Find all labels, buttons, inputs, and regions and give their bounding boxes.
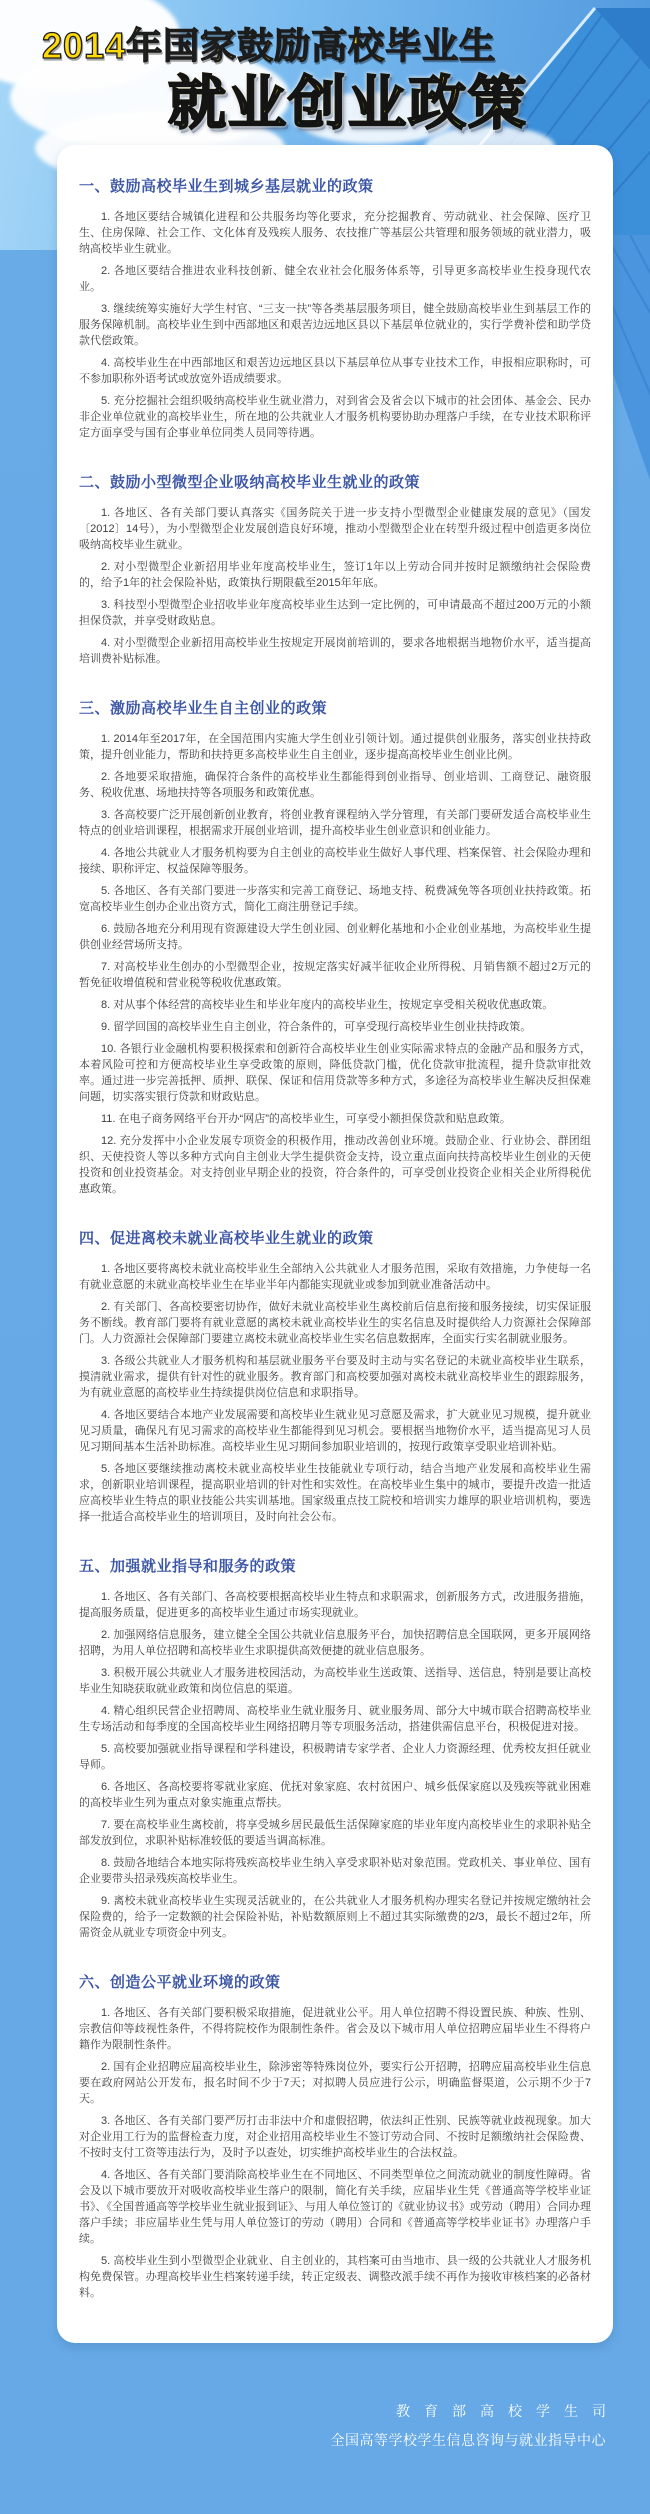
policy-section: 四、促进离校未就业高校毕业生就业的政策 1. 各地区要将离校未就业高校毕业生全部…: [79, 1227, 591, 1525]
policy-item: 3. 各高校要广泛开展创新创业教育，将创业教育课程纳入学分管理，有关部门要研发适…: [79, 807, 591, 839]
policy-item: 4. 各地区、各有关部门要消除高校毕业生在不同地区、不同类型单位之间流动就业的制…: [79, 2167, 591, 2247]
policy-item: 5. 高校毕业生到小型微型企业就业、自主创业的，其档案可由当地市、县一级的公共就…: [79, 2253, 591, 2301]
policy-item: 6. 鼓励各地充分利用现有资源建设大学生创业园、创业孵化基地和小企业创业基地，为…: [79, 921, 591, 953]
policy-item: 5. 各地区要继续推动离校未就业高校毕业生技能就业专项行动，结合当地产业发展和高…: [79, 1461, 591, 1525]
policy-item: 8. 鼓励各地结合本地实际将残疾高校毕业生纳入享受求职补贴对象范围。党政机关、事…: [79, 1855, 591, 1887]
policy-section: 五、加强就业指导和服务的政策 1. 各地区、各有关部门、各高校要根据高校毕业生特…: [79, 1555, 591, 1941]
section-title: 四、促进离校未就业高校毕业生就业的政策: [79, 1227, 591, 1248]
section-title: 二、鼓励小型微型企业吸纳高校毕业生就业的政策: [79, 471, 591, 492]
policy-section: 一、鼓励高校毕业生到城乡基层就业的政策 1. 各地区要结合城镇化进程和公共服务均…: [79, 175, 591, 441]
policy-item: 4. 对小型微型企业新招用高校毕业生按规定开展岗前培训的，要求各地根据当地物价水…: [79, 635, 591, 667]
section-items: 1. 各地区、各有关部门要认真落实《国务院关于进一步支持小型微型企业健康发展的意…: [79, 505, 591, 667]
policy-item: 1. 各地区、各有关部门要积极采取措施，促进就业公平。用人单位招聘不得设置民族、…: [79, 2005, 591, 2053]
policy-item: 2. 加强网络信息服务，建立健全全国公共就业信息服务平台，加快招聘信息全国联网，…: [79, 1627, 591, 1659]
policy-item: 6. 各地区、各高校要将零就业家庭、优抚对象家庭、农村贫困户、城乡低保家庭以及残…: [79, 1779, 591, 1811]
section-title: 一、鼓励高校毕业生到城乡基层就业的政策: [79, 175, 591, 196]
policy-section: 六、创造公平就业环境的政策 1. 各地区、各有关部门要积极采取措施，促进就业公平…: [79, 1971, 591, 2301]
policy-item: 7. 对高校毕业生创办的小型微型企业，按规定落实好减半征收企业所得税、月销售额不…: [79, 959, 591, 991]
policy-item: 1. 各地区、各有关部门、各高校要根据高校毕业生特点和求职需求，创新服务方式，改…: [79, 1589, 591, 1621]
policy-item: 2. 国有企业招聘应届高校毕业生，除涉密等特殊岗位外，要实行公开招聘，招聘应届高…: [79, 2059, 591, 2107]
footer: 教育部高校学生司 全国高等学校学生信息咨询与就业指导中心: [0, 2401, 606, 2514]
policy-item: 1. 各地区要结合城镇化进程和公共服务均等化要求，充分挖掘教育、劳动就业、社会保…: [79, 209, 591, 257]
section-items: 1. 各地区要结合城镇化进程和公共服务均等化要求，充分挖掘教育、劳动就业、社会保…: [79, 209, 591, 441]
section-items: 1. 2014年至2017年，在全国范围内实施大学生创业引领计划。通过提供创业服…: [79, 731, 591, 1197]
policy-item: 9. 离校未就业高校毕业生实现灵活就业的，在公共就业人才服务机构办理实名登记并按…: [79, 1893, 591, 1941]
policy-item: 5. 高校要加强就业指导课程和学科建设，积极聘请专家学者、企业人力资源经理、优秀…: [79, 1741, 591, 1773]
policy-item: 12. 充分发挥中小企业发展专项资金的积极作用，推动改善创业环境。鼓励企业、行业…: [79, 1133, 591, 1197]
policy-card: 一、鼓励高校毕业生到城乡基层就业的政策 1. 各地区要结合城镇化进程和公共服务均…: [57, 145, 613, 2343]
policy-section: 二、鼓励小型微型企业吸纳高校毕业生就业的政策 1. 各地区、各有关部门要认真落实…: [79, 471, 591, 667]
policy-item: 1. 各地区、各有关部门要认真落实《国务院关于进一步支持小型微型企业健康发展的意…: [79, 505, 591, 553]
policy-item: 3. 各级公共就业人才服务机构和基层就业服务平台要及时主动与实名登记的未就业高校…: [79, 1353, 591, 1401]
section-items: 1. 各地区、各有关部门、各高校要根据高校毕业生特点和求职需求，创新服务方式，改…: [79, 1589, 591, 1941]
policy-item: 4. 精心组织民营企业招聘周、高校毕业生就业服务月、就业服务周、部分大中城市联合…: [79, 1703, 591, 1735]
policy-item: 3. 积极开展公共就业人才服务进校园活动，为高校毕业生送政策、送指导、送信息，特…: [79, 1665, 591, 1697]
policy-sections: 一、鼓励高校毕业生到城乡基层就业的政策 1. 各地区要结合城镇化进程和公共服务均…: [79, 175, 591, 2301]
policy-item: 2. 对小型微型企业新招用毕业年度高校毕业生，签订1年以上劳动合同并按时足额缴纳…: [79, 559, 591, 591]
poster-title-line2: 就业创业政策: [168, 56, 528, 140]
policy-item: 1. 2014年至2017年，在全国范围内实施大学生创业引领计划。通过提供创业服…: [79, 731, 591, 763]
policy-poster: 2014年国家鼓励高校毕业生 就业创业政策 一、鼓励高校毕业生到城乡基层就业的政…: [0, 0, 650, 2514]
section-items: 1. 各地区要将离校未就业高校毕业生全部纳入公共就业人才服务范围，采取有效措施，…: [79, 1261, 591, 1525]
policy-item: 7. 要在高校毕业生离校前，将享受城乡居民最低生活保障家庭的毕业年度内高校毕业生…: [79, 1817, 591, 1849]
section-items: 1. 各地区、各有关部门要积极采取措施，促进就业公平。用人单位招聘不得设置民族、…: [79, 2005, 591, 2301]
policy-item: 4. 各地公共就业人才服务机构要为自主创业的高校毕业生做好人事代理、档案保管、社…: [79, 845, 591, 877]
policy-item: 2. 各地区要结合推进农业科技创新、健全农业社会化服务体系等，引导更多高校毕业生…: [79, 263, 591, 295]
policy-item: 5. 各地区、各有关部门要进一步落实和完善工商登记、场地支持、税费减免等各项创业…: [79, 883, 591, 915]
policy-item: 2. 有关部门、各高校要密切协作，做好未就业高校毕业生离校前后信息衔接和服务接续…: [79, 1299, 591, 1347]
policy-item: 3. 科技型小型微型企业招收毕业年度高校毕业生达到一定比例的，可申请最高不超过2…: [79, 597, 591, 629]
policy-item: 2. 各地要采取措施，确保符合条件的高校毕业生都能得到创业指导、创业培训、工商登…: [79, 769, 591, 801]
policy-item: 11. 在电子商务网络平台开办“网店”的高校毕业生，可享受小额担保贷款和贴息政策…: [79, 1111, 591, 1127]
policy-item: 3. 各地区、各有关部门要严厉打击非法中介和虚假招聘，依法纠正性别、民族等就业歧…: [79, 2113, 591, 2161]
footer-center: 全国高等学校学生信息咨询与就业指导中心: [0, 2430, 606, 2450]
policy-item: 4. 高校毕业生在中西部地区和艰苦边远地区县以下基层单位从事专业技术工作，申报相…: [79, 355, 591, 387]
section-title: 六、创造公平就业环境的政策: [79, 1971, 591, 1992]
policy-item: 5. 充分挖掘社会组织吸纳高校毕业生就业潜力，对到省会及省会以下城市的社会团体、…: [79, 393, 591, 441]
policy-item: 8. 对从事个体经营的高校毕业生和毕业年度内的高校毕业生，按规定享受相关税收优惠…: [79, 997, 591, 1013]
policy-section: 三、激励高校毕业生自主创业的政策 1. 2014年至2017年，在全国范围内实施…: [79, 697, 591, 1197]
section-title: 三、激励高校毕业生自主创业的政策: [79, 697, 591, 718]
policy-item: 1. 各地区要将离校未就业高校毕业生全部纳入公共就业人才服务范围，采取有效措施，…: [79, 1261, 591, 1293]
footer-department: 教育部高校学生司: [0, 2401, 620, 2421]
section-title: 五、加强就业指导和服务的政策: [79, 1555, 591, 1576]
policy-item: 9. 留学回国的高校毕业生自主创业，符合条件的，可享受现行高校毕业生创业扶持政策…: [79, 1019, 591, 1035]
policy-item: 4. 各地区要结合本地产业发展需要和高校毕业生就业见习意愿及需求，扩大就业见习规…: [79, 1407, 591, 1455]
policy-item: 3. 继续统筹实施好大学生村官、“三支一扶”等各类基层服务项目，健全鼓励高校毕业…: [79, 301, 591, 349]
policy-item: 10. 各银行业金融机构要积极探索和创新符合高校毕业生创业实际需求特点的金融产品…: [79, 1041, 591, 1105]
